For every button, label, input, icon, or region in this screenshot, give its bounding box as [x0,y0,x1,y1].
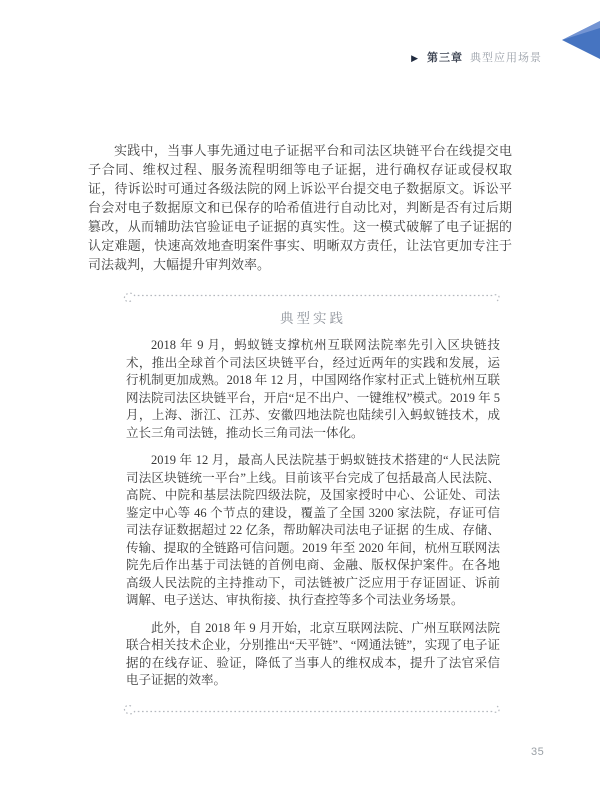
practice-paragraph-2: 2019 年 12 月，最高人民法院基于蚂蚁链技术搭建的“人民法院司法区块链统一… [126,452,500,610]
chapter-header: ▶ 第三章 典型应用场景 [411,53,542,64]
chapter-arrow-icon: ▶ [411,54,418,63]
practice-box-bottom-border [121,703,505,719]
practice-paragraph-3: 此外，自 2018 年 9 月开始，北京互联网法院、广州互联网法院联合相关技术企… [126,620,500,690]
chapter-number: 第三章 [427,53,463,64]
chapter-title: 典型应用场景 [470,53,542,64]
practice-box-top-border [121,288,505,304]
practice-box: 典型实践 2018 年 9 月，蚂蚁链支撑杭州互联网法院率先引入区块链技术，推出… [121,288,505,719]
corner-triangle-decoration [562,19,600,61]
practice-paragraph-1: 2018 年 9 月，蚂蚁链支撑杭州互联网法院率先引入区块链技术，推出全球首个司… [126,337,500,442]
practice-box-title: 典型实践 [121,307,505,327]
page-number: 35 [531,746,544,758]
document-page: ▶ 第三章 典型应用场景 实践中，当事人事先通过电子证据平台和司法区块链平台在线… [0,0,600,808]
intro-paragraph: 实践中，当事人事先通过电子证据平台和司法区块链平台在线提交电子合同、维权过程、服… [88,141,512,274]
